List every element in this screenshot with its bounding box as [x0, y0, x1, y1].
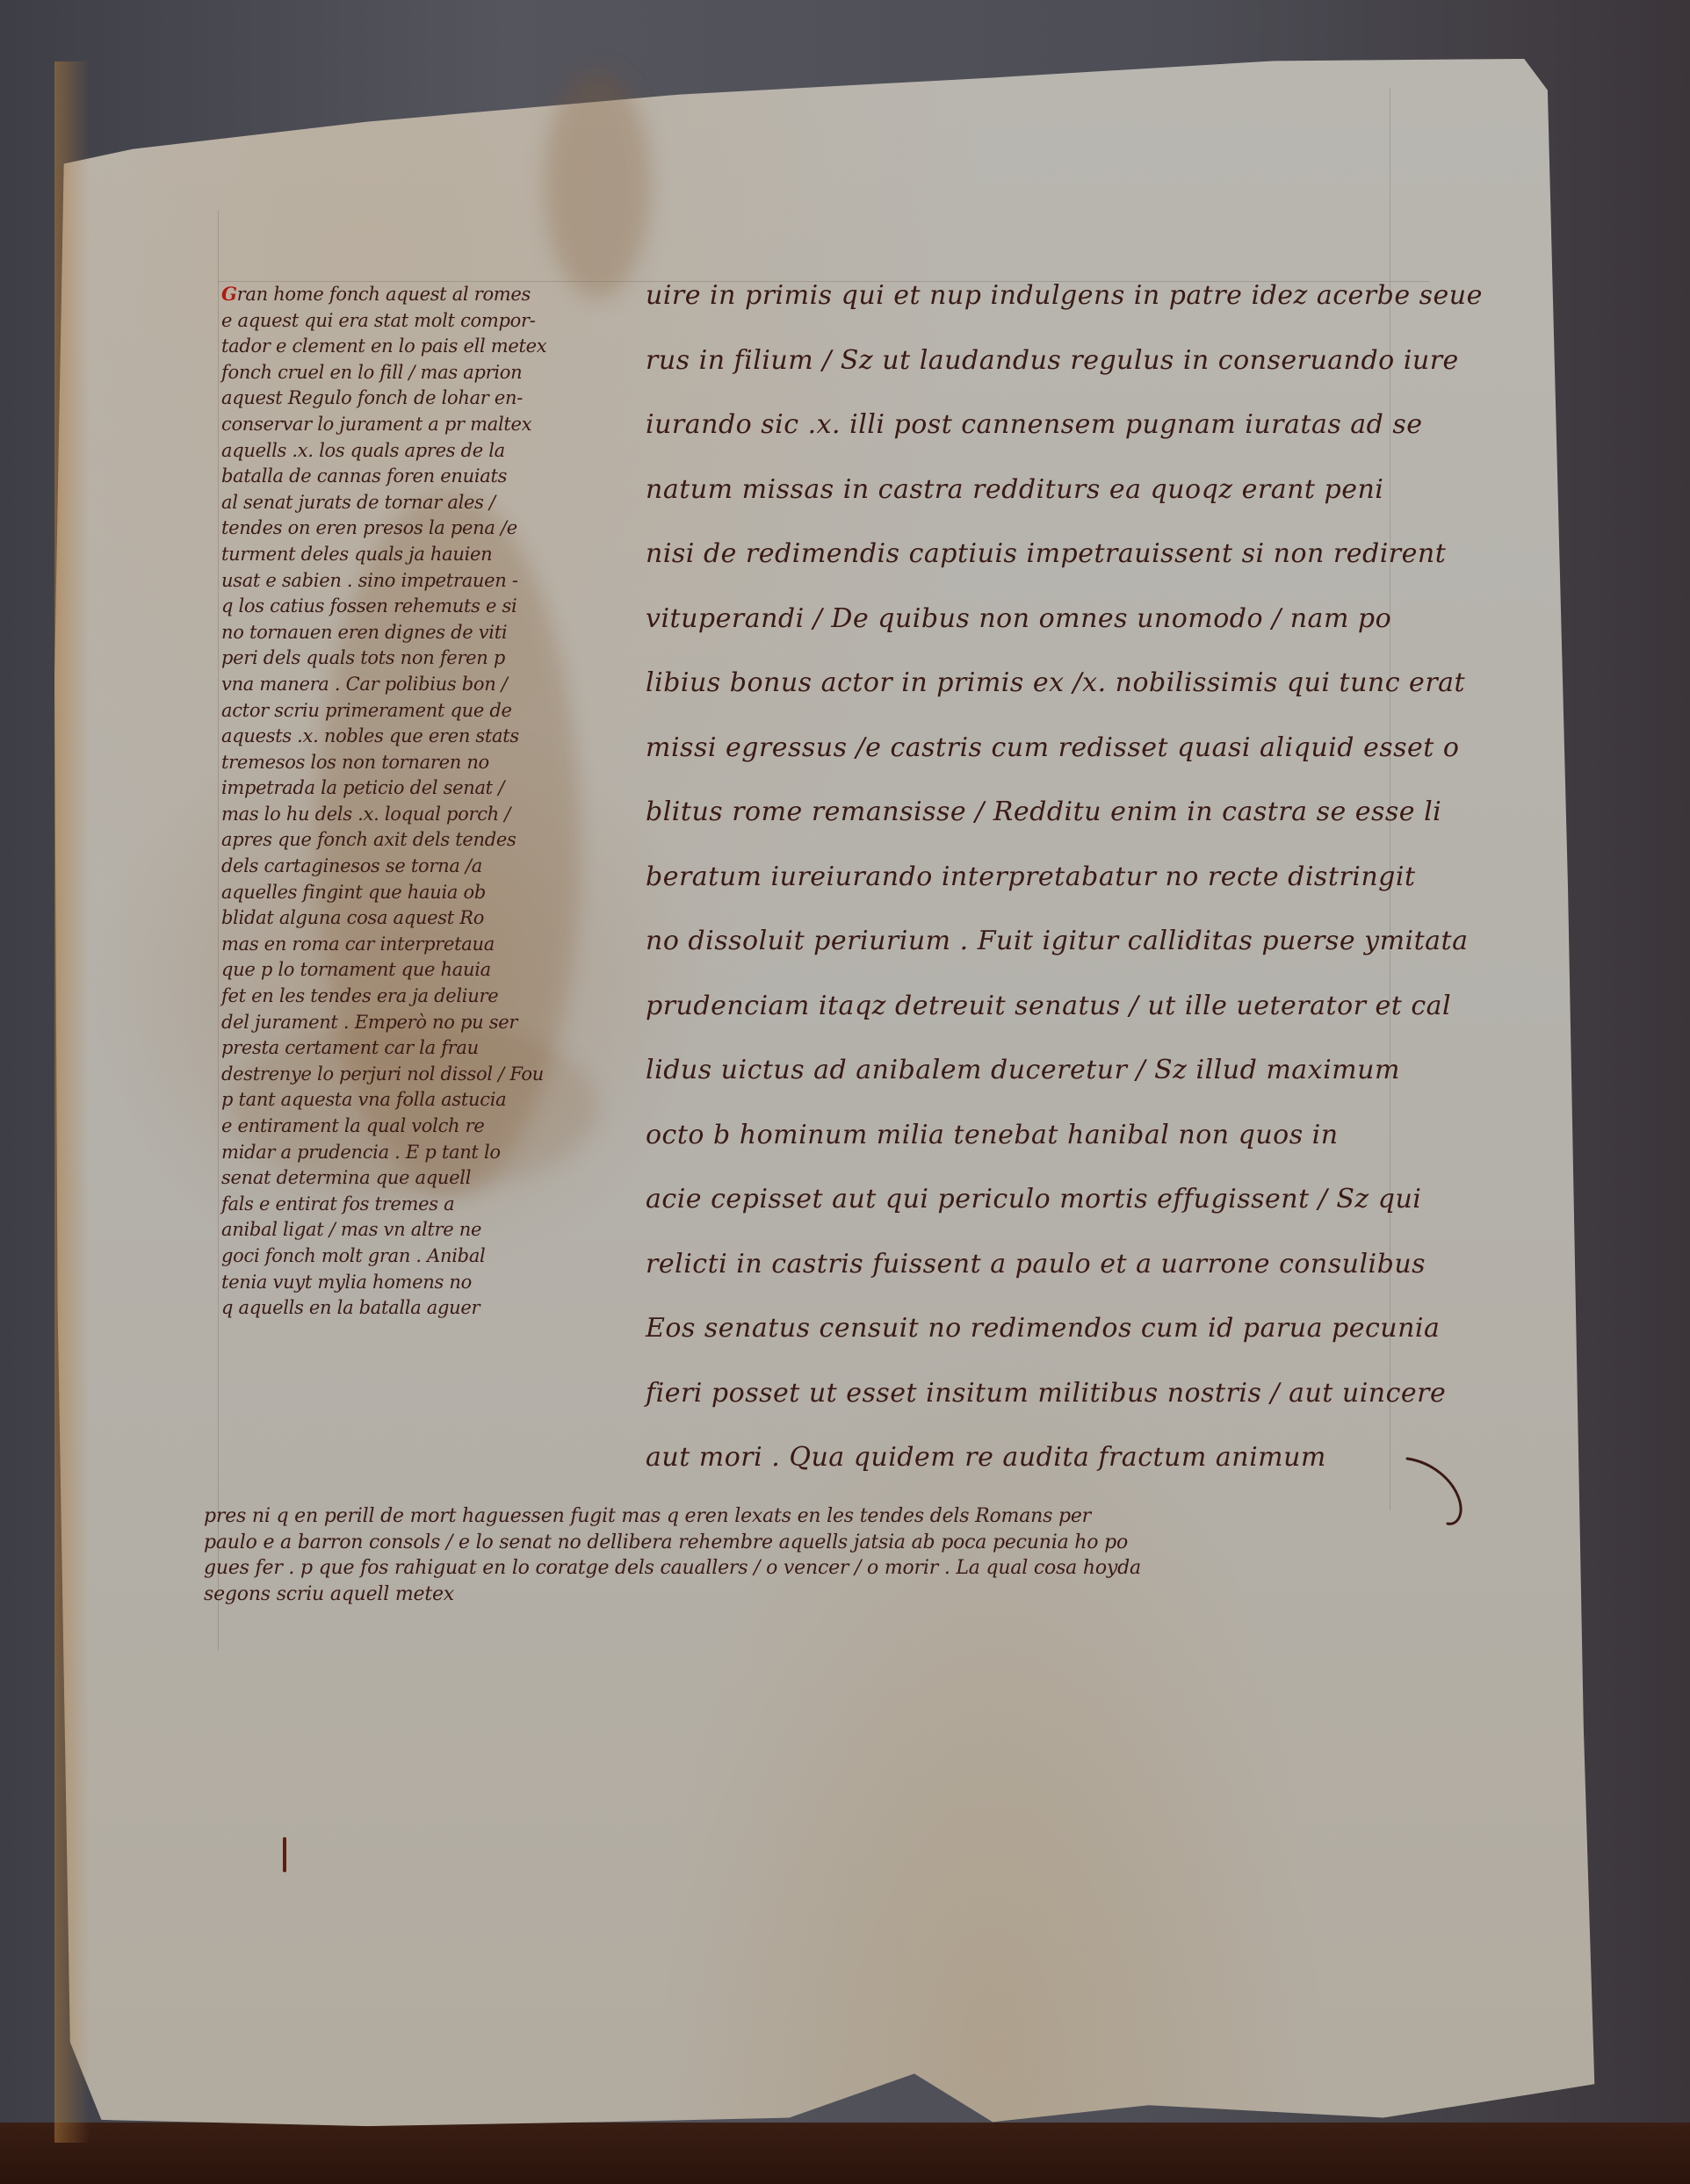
- right-line: aut mori . Qua quidem re audita fractum …: [646, 1425, 1401, 1490]
- right-line: nisi de redimendis captiuis impetrauisse…: [646, 522, 1401, 587]
- left-line: dels cartaginesos se torna /a: [221, 854, 608, 880]
- right-line: fieri posset ut esset insitum militibus …: [646, 1361, 1401, 1426]
- left-line: q los catius fossen rehemuts e si: [221, 594, 608, 620]
- right-line: libius bonus actor in primis ex /x. nobi…: [646, 651, 1401, 716]
- left-line: tenia vuyt mylia homens no: [221, 1270, 608, 1296]
- right-line: iurando sic .x. illi post cannensem pugn…: [646, 393, 1401, 458]
- left-line: aquelles fingint que hauia ob: [221, 880, 608, 906]
- left-line: no tornauen eren dignes de viti: [221, 620, 608, 646]
- left-line: peri dels quals tots non feren p: [221, 645, 608, 672]
- right-line: prudenciam itaqz detreuit senatus / ut i…: [646, 974, 1401, 1039]
- left-line: tremesos los non tornaren no: [221, 750, 608, 776]
- left-line: aquest Regulo fonch de lohar en-: [221, 386, 608, 412]
- bottom-continuation-text: pres ni q en perill de mort haguessen fu…: [204, 1503, 1451, 1607]
- left-line: mas en roma car interpretaua: [221, 932, 608, 958]
- bottom-line: pres ni q en perill de mort haguessen fu…: [204, 1503, 1451, 1530]
- ruling-left-margin: [218, 211, 219, 1651]
- bottom-board: [0, 2123, 1690, 2184]
- left-line: Gran home fonch aquest al romes: [221, 281, 608, 308]
- right-line: natum missas in castra redditurs ea quoq…: [646, 458, 1401, 523]
- right-line: octo b hominum milia tenebat hanibal non…: [646, 1103, 1401, 1168]
- water-stain-top: [545, 70, 650, 299]
- left-line: al senat jurats de tornar ales /: [221, 490, 608, 516]
- left-line: vna manera . Car polibius bon /: [221, 672, 608, 698]
- left-line: apres que fonch axit dels tendes: [221, 827, 608, 854]
- left-line: fet en les tendes era ja deliure: [221, 984, 608, 1010]
- left-line: usat e sabien . sino impetrauen -: [221, 568, 608, 595]
- bottom-line: gues fer . p que fos rahiguat en lo cora…: [204, 1555, 1451, 1582]
- left-line: impetrada la peticio del senat /: [221, 775, 608, 802]
- left-line: fals e entirat fos tremes a: [221, 1192, 608, 1218]
- right-line: missi egressus /e castris cum redisset q…: [646, 716, 1401, 781]
- left-line: aquells .x. los quals apres de la: [221, 438, 608, 465]
- left-line: batalla de cannas foren enuiats: [221, 464, 608, 490]
- marginal-ink-mark: [283, 1837, 286, 1872]
- left-line: tendes on eren presos la pena /e: [221, 515, 608, 542]
- rubric-initial: G: [221, 283, 237, 305]
- left-line: que p lo tornament que hauia: [221, 957, 608, 984]
- bottom-line: paulo e a barron consols / e lo senat no…: [204, 1530, 1451, 1556]
- right-line: rus in filium / Sz ut laudandus regulus …: [646, 328, 1401, 393]
- right-column-text: uire in primis qui et nup indulgens in p…: [646, 263, 1401, 1490]
- right-line: relicti in castris fuissent a paulo et a…: [646, 1232, 1401, 1297]
- left-line: fonch cruel en lo fill / mas aprion: [221, 360, 608, 386]
- left-line: e aquest qui era stat molt compor-: [221, 308, 608, 335]
- left-line: presta certament car la frau: [221, 1035, 608, 1062]
- left-line: mas lo hu dels .x. loqual porch /: [221, 802, 608, 828]
- left-line: aquests .x. nobles que eren stats: [221, 724, 608, 750]
- right-line: Eos senatus censuit no redimendos cum id…: [646, 1296, 1401, 1361]
- right-line: uire in primis qui et nup indulgens in p…: [646, 263, 1401, 328]
- right-line: vituperandi / De quibus non omnes unomod…: [646, 587, 1401, 652]
- left-column-text: Gran home fonch aquest al romes e aquest…: [221, 281, 608, 1322]
- left-line: senat determina que aquell: [221, 1165, 608, 1192]
- left-line: del jurament . Emperò no pu ser: [221, 1010, 608, 1036]
- left-line: turment deles quals ja hauien: [221, 542, 608, 568]
- left-line: goci fonch molt gran . Anibal: [221, 1243, 608, 1270]
- left-line: blidat alguna cosa aquest Ro: [221, 905, 608, 932]
- right-line: blitus rome remansisse / Redditu enim in…: [646, 780, 1401, 845]
- left-line: conservar lo jurament a pr maltex: [221, 412, 608, 438]
- right-line: beratum iureiurando interpretabatur no r…: [646, 845, 1401, 910]
- left-line: destrenye lo perjuri nol dissol / Fou: [221, 1062, 608, 1088]
- right-line: no dissoluit periurium . Fuit igitur cal…: [646, 909, 1401, 974]
- left-line: tador e clement en lo pais ell metex: [221, 334, 608, 360]
- left-line: midar a prudencia . E p tant lo: [221, 1140, 608, 1166]
- right-line: lidus uictus ad anibalem duceretur / Sz …: [646, 1038, 1401, 1103]
- left-line: e entirament la qual volch re: [221, 1114, 608, 1140]
- left-line: actor scriu primerament que de: [221, 698, 608, 724]
- left-line: q aquells en la batalla aguer: [221, 1295, 608, 1322]
- left-line: p tant aquesta vna folla astucia: [221, 1087, 608, 1114]
- bottom-line: segons scriu aquell metex: [204, 1582, 1451, 1608]
- left-line: anibal ligat / mas vn altre ne: [221, 1217, 608, 1243]
- right-line: acie cepisset aut qui periculo mortis ef…: [646, 1167, 1401, 1232]
